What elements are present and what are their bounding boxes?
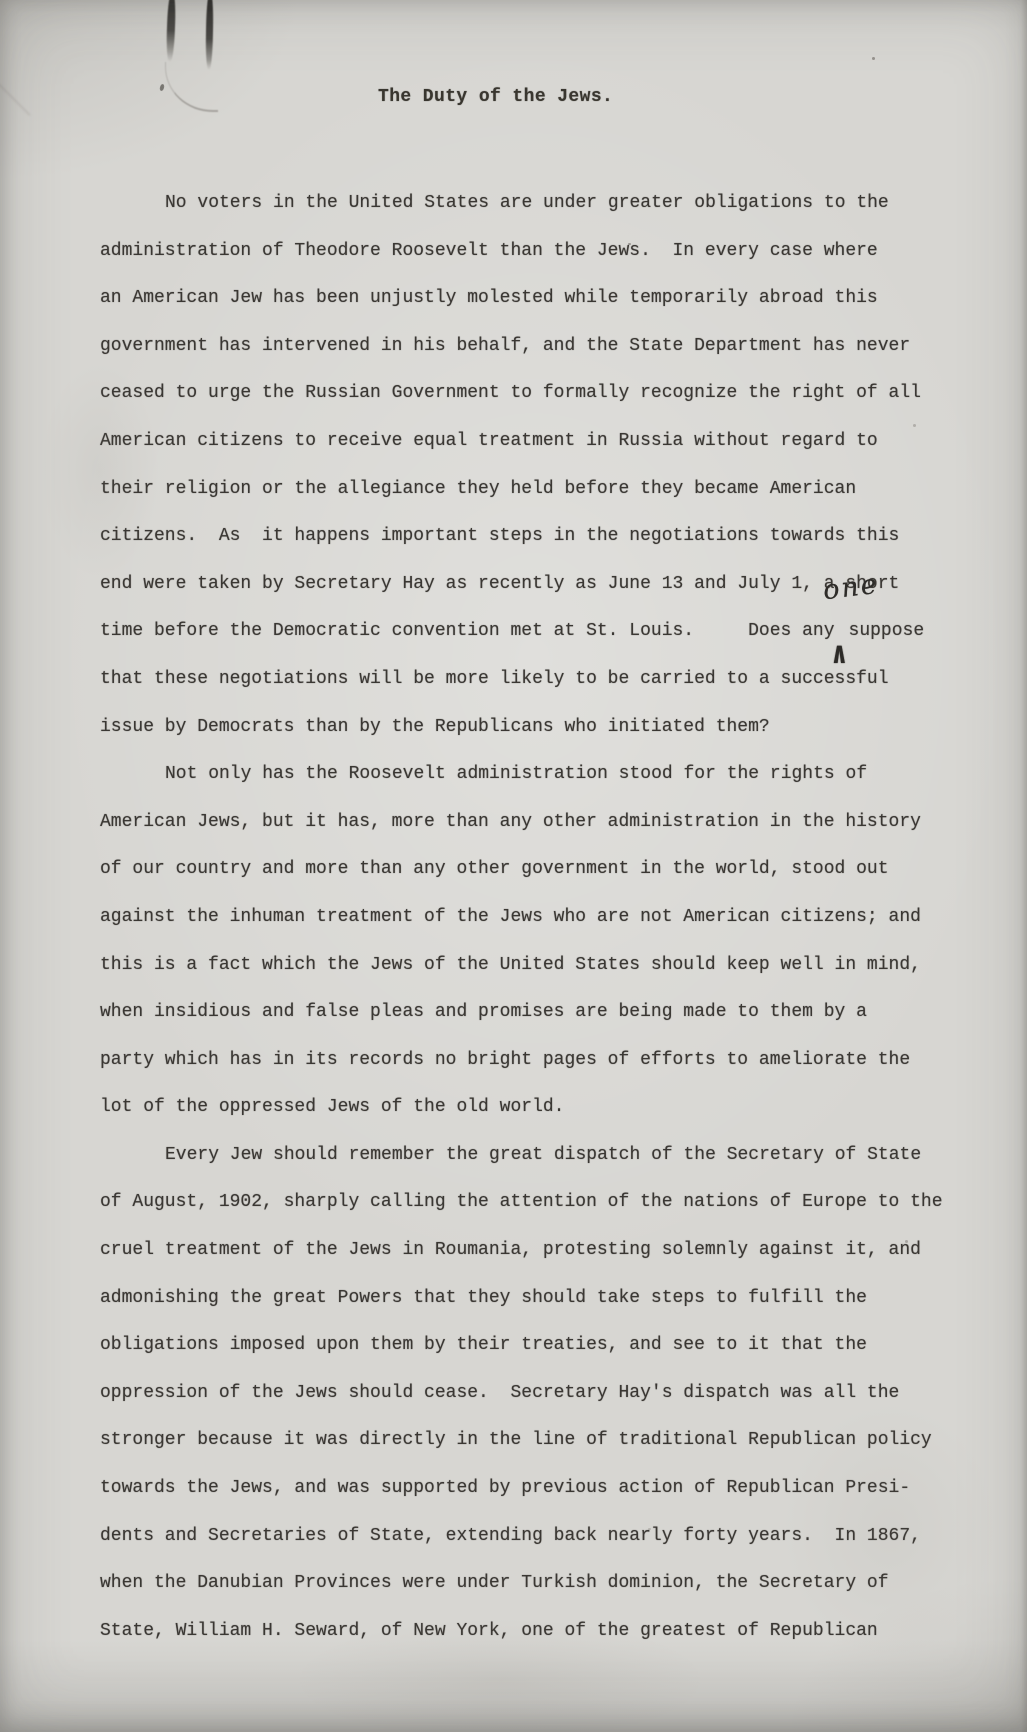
insertion-point: one∧	[835, 634, 849, 635]
corner-fold-mark	[0, 0, 115, 116]
text-line: dents and Secretaries of State, extendin…	[100, 1513, 943, 1561]
text-line: when insidious and false pleas and promi…	[100, 989, 943, 1037]
ink-mark-dot	[159, 84, 165, 92]
page-edge-shadow	[1021, 0, 1027, 1732]
text-line: obligations imposed upon them by their t…	[100, 1322, 943, 1370]
text-line: lot of the oppressed Jews of the old wor…	[100, 1084, 943, 1132]
text-line: time before the Democratic convention me…	[100, 608, 943, 656]
text-line: Not only has the Roosevelt administratio…	[100, 751, 943, 799]
document-body: No voters in the United States are under…	[100, 180, 943, 1655]
text-line: when the Danubian Provinces were under T…	[100, 1560, 943, 1608]
text-line: stronger because it was directly in the …	[100, 1417, 943, 1465]
text-line: Every Jew should remember the great disp…	[100, 1132, 943, 1180]
text-line: an American Jew has been unjustly molest…	[100, 275, 943, 323]
text-line: ceased to urge the Russian Government to…	[100, 370, 943, 418]
text-line: American citizens to receive equal treat…	[100, 418, 943, 466]
ink-mark-left	[166, 0, 176, 62]
handwritten-insert: one	[820, 561, 881, 615]
text-line: oppression of the Jews should cease. Sec…	[100, 1370, 943, 1418]
paper-speck	[872, 57, 875, 60]
text-line: admonishing the great Powers that they s…	[100, 1275, 943, 1323]
text-line: administration of Theodore Roosevelt tha…	[100, 228, 943, 276]
ink-mark-tail	[165, 62, 218, 112]
text-line: cruel treatment of the Jews in Roumania,…	[100, 1227, 943, 1275]
text-segment: time before the Democratic convention me…	[100, 621, 835, 641]
text-line: of our country and more than any other g…	[100, 846, 943, 894]
text-line: State, William H. Seward, of New York, o…	[100, 1608, 943, 1656]
text-line: end were taken by Secretary Hay as recen…	[100, 561, 943, 609]
text-line: American Jews, but it has, more than any…	[100, 799, 943, 847]
text-line: that these negotiations will be more lik…	[100, 656, 943, 704]
page-title: The Duty of the Jews.	[378, 87, 613, 107]
text-line: of August, 1902, sharply calling the att…	[100, 1179, 943, 1227]
caret-mark-icon: ∧	[832, 640, 848, 670]
text-line: issue by Democrats than by the Republica…	[100, 704, 943, 752]
text-line: No voters in the United States are under…	[100, 180, 943, 228]
text-line: citizens. As it happens important steps …	[100, 513, 943, 561]
text-line: their religion or the allegiance they he…	[100, 466, 943, 514]
ink-mark-right	[205, 0, 213, 70]
text-line: against the inhuman treatment of the Jew…	[100, 894, 943, 942]
text-segment: suppose	[849, 621, 925, 641]
typewritten-document-page: The Duty of the Jews. No voters in the U…	[0, 0, 1027, 1732]
text-line: government has intervened in his behalf,…	[100, 323, 943, 371]
text-line: party which has in its records no bright…	[100, 1037, 943, 1085]
text-line: this is a fact which the Jews of the Uni…	[100, 942, 943, 990]
text-line: towards the Jews, and was supported by p…	[100, 1465, 943, 1513]
